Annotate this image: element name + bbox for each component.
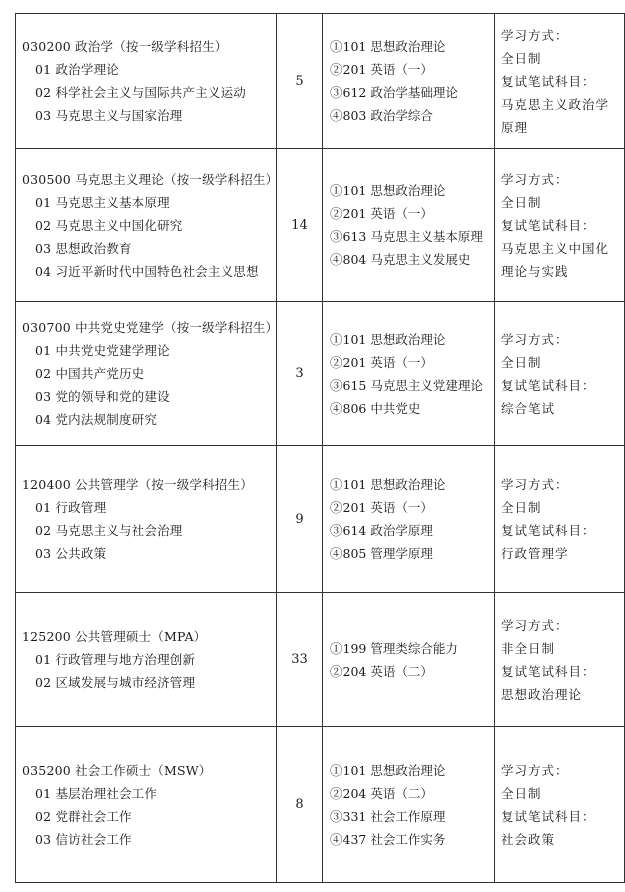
exams-cell: ①101 思想政治理论 ②201 英语（一） ③615 马克思主义党建理论 ④8…: [323, 302, 495, 446]
quota-cell: 8: [277, 727, 323, 883]
note-line: 学习方式：: [501, 168, 624, 191]
major-title: 030500 马克思主义理论（按一级学科招生）: [22, 168, 276, 191]
exam-item: ③331 社会工作原理: [330, 805, 494, 828]
note-line: 理论与实践: [501, 260, 624, 283]
note-line: 全日制: [501, 782, 624, 805]
exam-item: ④804 马克思主义发展史: [330, 248, 494, 271]
major-title: 125200 公共管理硕士（MPA）: [22, 625, 276, 648]
exam-item: ①101 思想政治理论: [330, 473, 494, 496]
direction-item: 01 马克思主义基本原理: [22, 191, 276, 214]
direction-item: 02 区域发展与城市经济管理: [22, 671, 276, 694]
note-line: 学习方式：: [501, 328, 624, 351]
table-row: 030200 政治学（按一级学科招生） 01 政治学理论 02 科学社会主义与国…: [16, 14, 625, 149]
direction-item: 03 马克思主义与国家治理: [22, 104, 276, 127]
exams-cell: ①101 思想政治理论 ②201 英语（一） ③613 马克思主义基本原理 ④8…: [323, 149, 495, 302]
direction-item: 04 党内法规制度研究: [22, 408, 276, 431]
note-line: 学习方式：: [501, 759, 624, 782]
table-row: 030700 中共党史党建学（按一级学科招生） 01 中共党史党建学理论 02 …: [16, 302, 625, 446]
note-line: 复试笔试科目：: [501, 805, 624, 828]
exams-cell: ①199 管理类综合能力 ②204 英语（二）: [323, 593, 495, 727]
note-line: 复试笔试科目：: [501, 519, 624, 542]
exam-item: ①101 思想政治理论: [330, 35, 494, 58]
table-row: 120400 公共管理学（按一级学科招生） 01 行政管理 02 马克思主义与社…: [16, 446, 625, 593]
major-title: 035200 社会工作硕士（MSW）: [22, 759, 276, 782]
exam-item: ②201 英语（一）: [330, 496, 494, 519]
exams-cell: ①101 思想政治理论 ②204 英语（二） ③331 社会工作原理 ④437 …: [323, 727, 495, 883]
major-title: 030700 中共党史党建学（按一级学科招生）: [22, 316, 276, 339]
notes-cell: 学习方式： 全日制 复试笔试科目： 社会政策: [495, 727, 625, 883]
exam-item: ④805 管理学原理: [330, 542, 494, 565]
notes-cell: 学习方式： 全日制 复试笔试科目： 行政管理学: [495, 446, 625, 593]
table-row: 030500 马克思主义理论（按一级学科招生） 01 马克思主义基本原理 02 …: [16, 149, 625, 302]
admissions-table: 030200 政治学（按一级学科招生） 01 政治学理论 02 科学社会主义与国…: [15, 13, 625, 883]
major-cell: 030200 政治学（按一级学科招生） 01 政治学理论 02 科学社会主义与国…: [16, 14, 277, 149]
note-line: 复试笔试科目：: [501, 660, 624, 683]
notes-cell: 学习方式： 全日制 复试笔试科目： 马克思主义中国化 理论与实践: [495, 149, 625, 302]
exam-item: ③614 政治学原理: [330, 519, 494, 542]
table-row: 125200 公共管理硕士（MPA） 01 行政管理与地方治理创新 02 区域发…: [16, 593, 625, 727]
quota-cell: 9: [277, 446, 323, 593]
exams-cell: ①101 思想政治理论 ②201 英语（一） ③612 政治学基础理论 ④803…: [323, 14, 495, 149]
note-line: 思想政治理论: [501, 683, 624, 706]
direction-item: 02 科学社会主义与国际共产主义运动: [22, 81, 276, 104]
quota-cell: 3: [277, 302, 323, 446]
exam-item: ②204 英语（二）: [330, 660, 494, 683]
exam-item: ③615 马克思主义党建理论: [330, 374, 494, 397]
quota-cell: 14: [277, 149, 323, 302]
exam-item: ③612 政治学基础理论: [330, 81, 494, 104]
direction-item: 01 行政管理: [22, 496, 276, 519]
direction-item: 03 公共政策: [22, 542, 276, 565]
direction-item: 02 马克思主义与社会治理: [22, 519, 276, 542]
exam-item: ①101 思想政治理论: [330, 328, 494, 351]
note-line: 全日制: [501, 47, 624, 70]
direction-item: 01 行政管理与地方治理创新: [22, 648, 276, 671]
note-line: 复试笔试科目：: [501, 214, 624, 237]
note-line: 全日制: [501, 191, 624, 214]
notes-cell: 学习方式： 非全日制 复试笔试科目： 思想政治理论: [495, 593, 625, 727]
exam-item: ②201 英语（一）: [330, 351, 494, 374]
exam-item: ②201 英语（一）: [330, 202, 494, 225]
exam-item: ③613 马克思主义基本原理: [330, 225, 494, 248]
major-cell: 125200 公共管理硕士（MPA） 01 行政管理与地方治理创新 02 区域发…: [16, 593, 277, 727]
note-line: 全日制: [501, 496, 624, 519]
note-line: 学习方式：: [501, 473, 624, 496]
exam-item: ②204 英语（二）: [330, 782, 494, 805]
table-row: 035200 社会工作硕士（MSW） 01 基层治理社会工作 02 党群社会工作…: [16, 727, 625, 883]
notes-cell: 学习方式： 全日制 复试笔试科目： 综合笔试: [495, 302, 625, 446]
exam-item: ④803 政治学综合: [330, 104, 494, 127]
direction-item: 01 中共党史党建学理论: [22, 339, 276, 362]
direction-item: 04 习近平新时代中国特色社会主义思想: [22, 260, 276, 283]
note-line: 复试笔试科目：: [501, 374, 624, 397]
quota-cell: 5: [277, 14, 323, 149]
exam-item: ④806 中共党史: [330, 397, 494, 420]
direction-item: 02 党群社会工作: [22, 805, 276, 828]
note-line: 学习方式：: [501, 24, 624, 47]
major-title: 120400 公共管理学（按一级学科招生）: [22, 473, 276, 496]
direction-item: 03 思想政治教育: [22, 237, 276, 260]
note-line: 马克思主义政治学: [501, 93, 624, 116]
note-line: 社会政策: [501, 828, 624, 851]
quota-cell: 33: [277, 593, 323, 727]
note-line: 非全日制: [501, 637, 624, 660]
exam-item: ④437 社会工作实务: [330, 828, 494, 851]
major-cell: 030500 马克思主义理论（按一级学科招生） 01 马克思主义基本原理 02 …: [16, 149, 277, 302]
exam-item: ①199 管理类综合能力: [330, 637, 494, 660]
note-line: 复试笔试科目：: [501, 70, 624, 93]
note-line: 学习方式：: [501, 614, 624, 637]
direction-item: 03 信访社会工作: [22, 828, 276, 851]
major-cell: 120400 公共管理学（按一级学科招生） 01 行政管理 02 马克思主义与社…: [16, 446, 277, 593]
exams-cell: ①101 思想政治理论 ②201 英语（一） ③614 政治学原理 ④805 管…: [323, 446, 495, 593]
exam-item: ①101 思想政治理论: [330, 759, 494, 782]
note-line: 马克思主义中国化: [501, 237, 624, 260]
direction-item: 02 马克思主义中国化研究: [22, 214, 276, 237]
direction-item: 01 政治学理论: [22, 58, 276, 81]
note-line: 行政管理学: [501, 542, 624, 565]
direction-item: 03 党的领导和党的建设: [22, 385, 276, 408]
direction-item: 02 中国共产党历史: [22, 362, 276, 385]
major-cell: 035200 社会工作硕士（MSW） 01 基层治理社会工作 02 党群社会工作…: [16, 727, 277, 883]
note-line: 原理: [501, 116, 624, 139]
note-line: 全日制: [501, 351, 624, 374]
exam-item: ②201 英语（一）: [330, 58, 494, 81]
major-cell: 030700 中共党史党建学（按一级学科招生） 01 中共党史党建学理论 02 …: [16, 302, 277, 446]
direction-item: 01 基层治理社会工作: [22, 782, 276, 805]
major-title: 030200 政治学（按一级学科招生）: [22, 35, 276, 58]
note-line: 综合笔试: [501, 397, 624, 420]
exam-item: ①101 思想政治理论: [330, 179, 494, 202]
notes-cell: 学习方式： 全日制 复试笔试科目： 马克思主义政治学 原理: [495, 14, 625, 149]
